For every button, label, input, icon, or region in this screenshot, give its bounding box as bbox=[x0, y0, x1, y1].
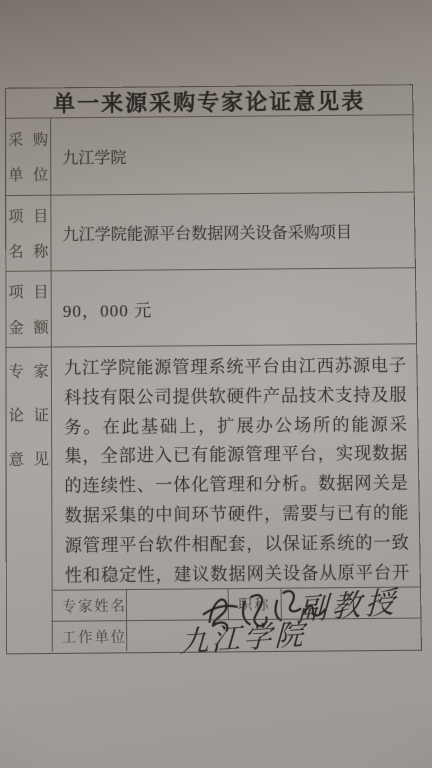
expert-opinion-label: 专 家 论 证 意 见 bbox=[6, 348, 52, 653]
form-table: 单一来源采购专家论证意见表 采 购 单 位 九江学院 项 目 名 称 九江学院能… bbox=[5, 84, 422, 654]
label-line: 项 目 bbox=[8, 205, 48, 227]
row-work-unit: 工作单位 九江学院 bbox=[53, 618, 421, 652]
label-line: 采 购 bbox=[8, 128, 48, 149]
label-line: 论 证 bbox=[9, 404, 49, 426]
project-amount-label: 项 目 金 额 bbox=[6, 271, 52, 346]
label-line: 项 目 bbox=[8, 281, 48, 303]
project-name-label: 项 目 名 称 bbox=[6, 196, 51, 271]
document-photo: 单一来源采购专家论证意见表 采 购 单 位 九江学院 项 目 名 称 九江学院能… bbox=[0, 0, 432, 768]
work-unit-handwritten-cell: 九江学院 bbox=[127, 619, 421, 652]
row-purchasing-unit: 采 购 单 位 九江学院 bbox=[6, 115, 414, 196]
form-title-row: 单一来源采购专家论证意见表 bbox=[6, 85, 412, 119]
expert-name-signature-cell bbox=[127, 589, 229, 620]
work-unit-handwritten-value: 九江学院 bbox=[179, 612, 307, 662]
label-line: 单 位 bbox=[8, 164, 48, 185]
row-project-name: 项 目 名 称 九江学院能源平台数据网关设备采购项目 bbox=[6, 193, 415, 272]
form-title: 单一来源采购专家论证意见表 bbox=[53, 85, 365, 119]
label-line: 专 家 bbox=[9, 360, 49, 382]
purchasing-unit-value: 九江学院 bbox=[51, 115, 414, 194]
label-line: 意 见 bbox=[9, 448, 49, 470]
expert-name-label: 专家姓名 bbox=[53, 590, 127, 621]
project-amount-value: 90，000 元 bbox=[52, 268, 416, 346]
row-expert-opinion: 专 家 论 证 意 见 九江学院能源管理系统平台由江西苏源电子科技有限公司提供软… bbox=[6, 344, 420, 652]
purchasing-unit-label: 采 购 单 位 bbox=[6, 118, 51, 195]
work-unit-label: 工作单位 bbox=[53, 621, 128, 652]
expert-opinion-area: 九江学院能源管理系统平台由江西苏源电子科技有限公司提供软硬件产品技术支持及服务。… bbox=[52, 344, 421, 652]
row-project-amount: 项 目 金 额 90，000 元 bbox=[6, 268, 416, 348]
label-line: 名 称 bbox=[8, 240, 48, 262]
project-name-value: 九江学院能源平台数据网关设备采购项目 bbox=[51, 193, 415, 271]
expert-opinion-text: 九江学院能源管理系统平台由江西苏源电子科技有限公司提供软硬件产品技术支持及服务。… bbox=[52, 344, 420, 589]
label-line: 金 额 bbox=[8, 316, 48, 338]
